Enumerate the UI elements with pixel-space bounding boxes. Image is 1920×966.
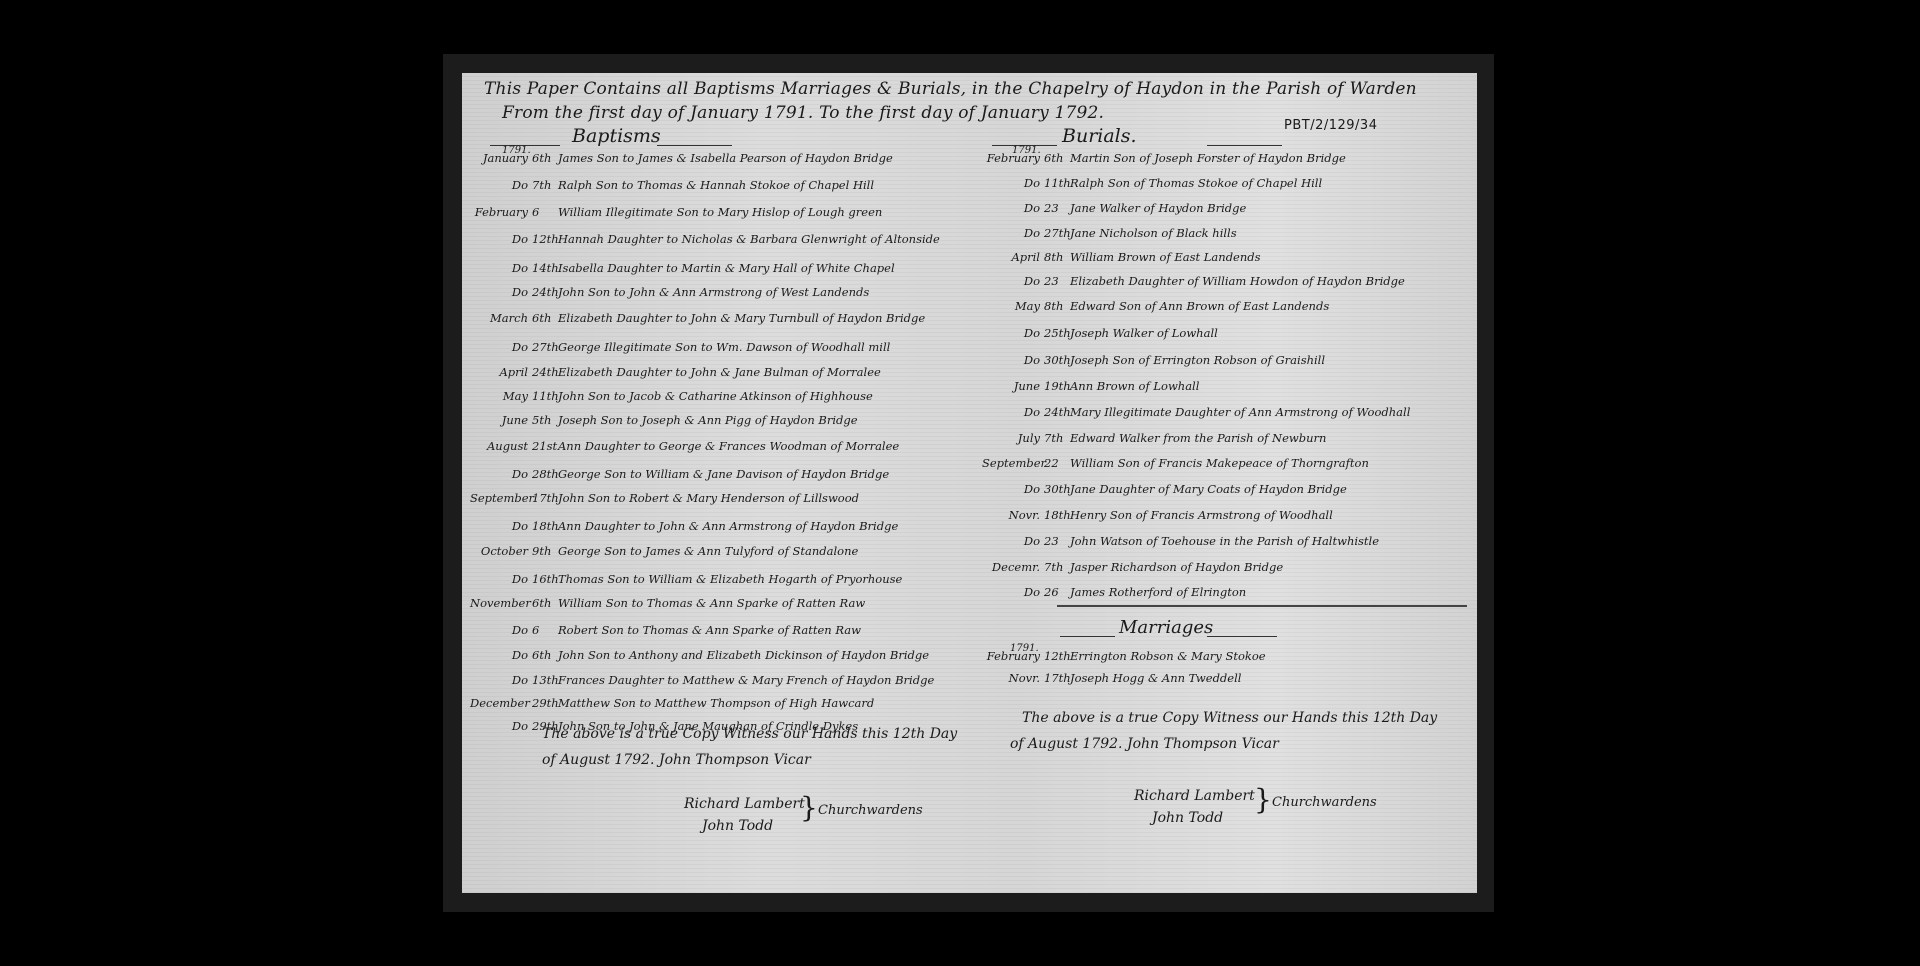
burial-entry: Do23Elizabeth Daughter of William Howdon…: [982, 274, 1405, 301]
burial-entry: Do26James Rotherford of Elrington: [982, 585, 1246, 612]
baptism-entry: Do18thAnn Daughter to John & Ann Armstro…: [470, 519, 898, 546]
baptism-entry: Do6Robert Son to Thomas & Ann Sparke of …: [470, 623, 861, 650]
baptism-entry: October9thGeorge Son to James & Ann Tuly…: [470, 544, 858, 571]
baptism-entry: Do7thRalph Son to Thomas & Hannah Stokoe…: [470, 178, 874, 205]
signature-warden-2: John Todd: [1152, 807, 1223, 829]
burial-entry: May8thEdward Son of Ann Brown of East La…: [982, 299, 1329, 326]
baptism-entry: Do16thThomas Son to William & Elizabeth …: [470, 572, 902, 599]
burial-entry: February6thMartin Son of Joseph Forster …: [982, 151, 1346, 178]
marriages-heading: Marriages: [1119, 617, 1213, 638]
archive-reference: PBT/2/129/34: [1284, 118, 1377, 133]
heading-rule: [1060, 636, 1115, 637]
baptism-entry: Do27thGeorge Illegitimate Son to Wm. Daw…: [470, 340, 890, 367]
signature-warden-1: Richard Lambert: [1134, 785, 1255, 807]
baptism-entry: February6William Illegitimate Son to Mar…: [470, 205, 882, 232]
heading-rule: [1207, 636, 1277, 637]
marriage-entry: Novr.17thJoseph Hogg & Ann Tweddell: [982, 671, 1241, 698]
baptism-entry: March6thElizabeth Daughter to John & Mar…: [470, 311, 925, 338]
churchwardens-label: Churchwardens: [1272, 795, 1377, 810]
baptism-entry: June5thJoseph Son to Joseph & Ann Pigg o…: [470, 413, 858, 440]
heading-rule: [657, 145, 732, 146]
burial-entry: Do30thJane Daughter of Mary Coats of Hay…: [982, 482, 1347, 509]
burial-entry: Novr.18thHenry Son of Francis Armstrong …: [982, 508, 1333, 535]
burial-entry: Do23John Watson of Toehouse in the Paris…: [982, 534, 1379, 561]
burials-heading: Burials.: [1062, 125, 1137, 147]
baptism-entry: Do12thHannah Daughter to Nicholas & Barb…: [470, 232, 940, 259]
burial-entry: Do30thJoseph Son of Errington Robson of …: [982, 353, 1325, 380]
burial-entry: Do24thMary Illegitimate Daughter of Ann …: [982, 405, 1410, 432]
burial-entry: Do27thJane Nicholson of Black hills: [982, 226, 1237, 253]
baptism-entry: Do6thJohn Son to Anthony and Elizabeth D…: [470, 648, 929, 675]
signature-warden-1: Richard Lambert: [684, 793, 805, 815]
register-page: This Paper Contains all Baptisms Marriag…: [462, 73, 1477, 893]
marriages-certification-line-1: The above is a true Copy Witness our Han…: [1022, 705, 1437, 731]
baptism-entry: April24thElizabeth Daughter to John & Ja…: [470, 365, 881, 392]
baptism-entry: May11thJohn Son to Jacob & Catharine Atk…: [470, 389, 873, 416]
burial-entry: September22William Son of Francis Makepe…: [982, 456, 1369, 483]
baptisms-certification-line-2: of August 1792. John Thompson Vicar: [542, 747, 811, 773]
brace: }: [800, 791, 818, 824]
baptism-entry: September17thJohn Son to Robert & Mary H…: [470, 491, 859, 518]
burial-entry: Do23Jane Walker of Haydon Bridge: [982, 201, 1246, 228]
burial-entry: Do11thRalph Son of Thomas Stokoe of Chap…: [982, 176, 1322, 203]
brace: }: [1254, 783, 1272, 816]
burial-entry: Decemr.7thJasper Richardson of Haydon Br…: [982, 560, 1283, 587]
title-line-2: From the first day of January 1791. To t…: [502, 103, 1104, 123]
churchwardens-label: Churchwardens: [818, 803, 923, 818]
burial-entry: Do25thJoseph Walker of Lowhall: [982, 326, 1218, 353]
burial-entry: April8thWilliam Brown of East Landends: [982, 250, 1261, 277]
marriages-certification-line-2: of August 1792. John Thompson Vicar: [1010, 731, 1279, 757]
baptism-entry: November6thWilliam Son to Thomas & Ann S…: [470, 596, 865, 623]
baptisms-heading: Baptisms: [572, 125, 661, 147]
burial-entry: July7thEdward Walker from the Parish of …: [982, 431, 1326, 458]
baptism-entry: August21stAnn Daughter to George & Franc…: [470, 439, 899, 466]
heading-rule: [1207, 145, 1282, 146]
burial-entry: June19thAnn Brown of Lowhall: [982, 379, 1199, 406]
section-divider: [1057, 605, 1467, 607]
baptisms-certification-line-1: The above is a true Copy Witness our Han…: [542, 721, 957, 747]
baptism-entry: Do14thIsabella Daughter to Martin & Mary…: [470, 261, 895, 288]
signature-warden-2: John Todd: [702, 815, 773, 837]
baptism-entry: Do28thGeorge Son to William & Jane Davis…: [470, 467, 889, 494]
baptism-entry: January6thJames Son to James & Isabella …: [470, 151, 893, 178]
title-line-1: This Paper Contains all Baptisms Marriag…: [484, 79, 1417, 99]
baptism-entry: Do24thJohn Son to John & Ann Armstrong o…: [470, 285, 869, 312]
